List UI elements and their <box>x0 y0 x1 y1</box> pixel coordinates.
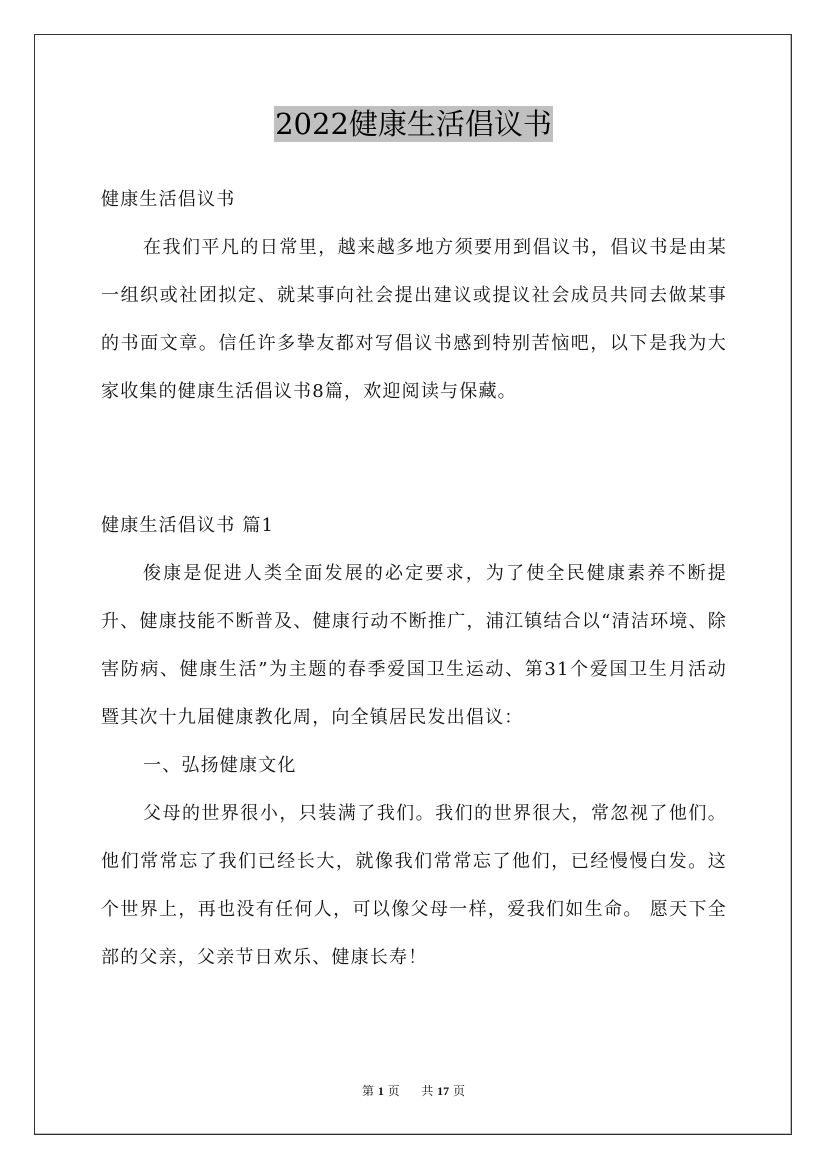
page-footer: 第 1 页 共 17 页 <box>0 1083 827 1099</box>
intro-paragraph: 在我们平凡的日常里，越来越多地方须要用到倡议书，倡议书是由某一组织或社团拟定、就… <box>101 224 727 416</box>
document-body: 健康生活倡议书 在我们平凡的日常里，越来越多地方须要用到倡议书，倡议书是由某一组… <box>101 176 727 982</box>
current-page-number: 1 <box>378 1084 384 1098</box>
document-subtitle: 健康生活倡议书 <box>101 176 727 224</box>
section-heading: 健康生活倡议书 篇1 <box>101 502 727 550</box>
title-container: 2022健康生活倡议书 <box>0 106 827 142</box>
item-heading: 一、弘扬健康文化 <box>101 742 727 790</box>
section-paragraph: 俊康是促进人类全面发展的必定要求，为了使全民健康素养不断提升、健康技能不断普及、… <box>101 550 727 742</box>
section-spacer <box>101 416 727 502</box>
document-title: 2022健康生活倡议书 <box>274 106 553 142</box>
total-suffix: 页 <box>453 1084 465 1098</box>
total-pages-number: 17 <box>437 1084 449 1098</box>
page-suffix: 页 <box>388 1084 400 1098</box>
page-prefix: 第 <box>362 1084 374 1098</box>
item-paragraph: 父母的世界很小，只装满了我们。我们的世界很大，常忽视了他们。他们常常忘了我们已经… <box>101 790 727 982</box>
total-prefix: 共 <box>421 1084 433 1098</box>
